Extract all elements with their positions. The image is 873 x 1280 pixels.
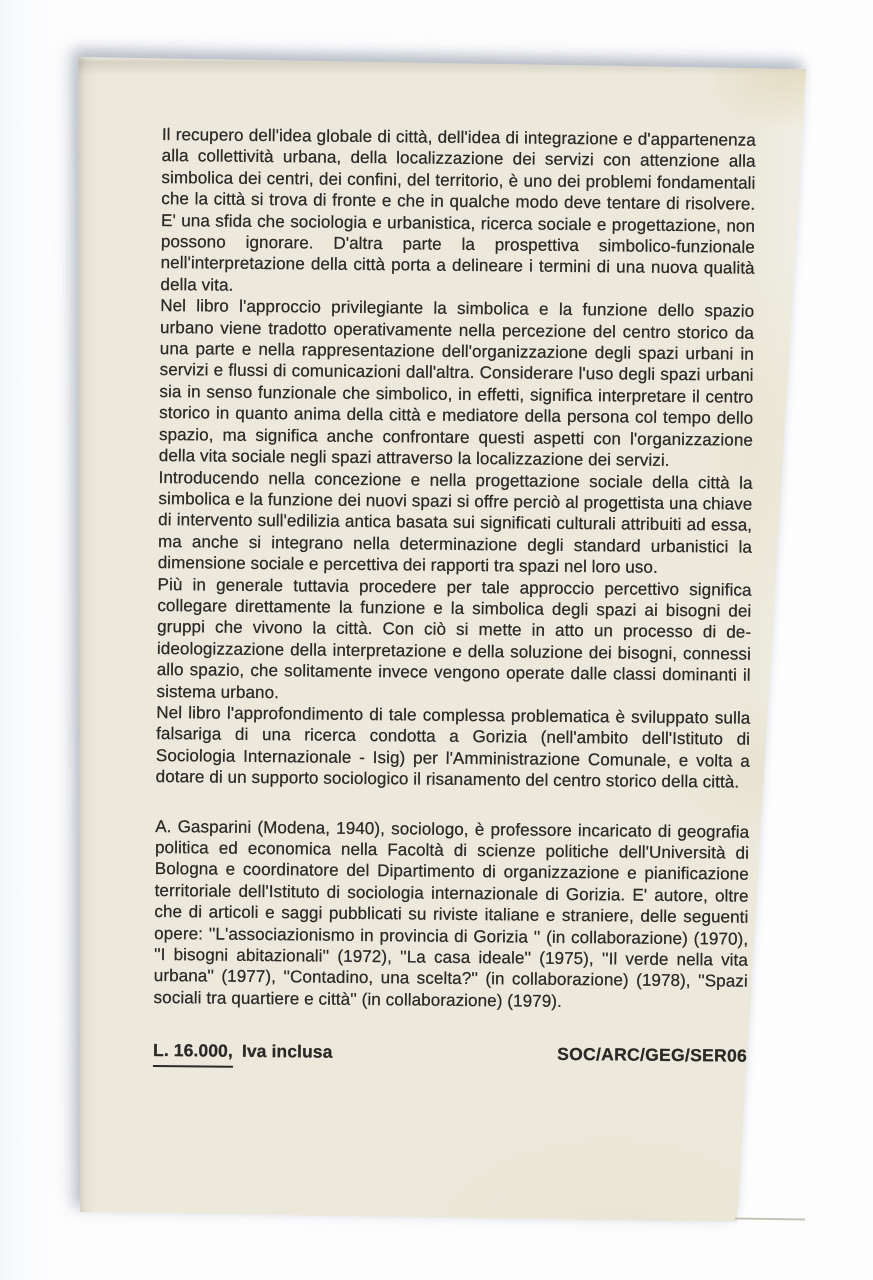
price-amount: L. 16.000, xyxy=(153,1040,233,1067)
price: L. 16.000,Iva inclusa xyxy=(153,1040,333,1068)
author-bio: A. Gasparini (Modena, 1940), sociologo, … xyxy=(154,816,750,1014)
back-cover-text: Il recupero dell'idea globale di città, … xyxy=(153,124,756,1072)
blurb-paragraph-2: Nel libro l'approccio privilegiante la s… xyxy=(159,295,755,472)
blurb: Il recupero dell'idea globale di città, … xyxy=(156,124,756,793)
catalog-code: SOC/ARC/GEG/SER06 xyxy=(557,1044,747,1067)
price-row: L. 16.000,Iva inclusa SOC/ARC/GEG/SER06 xyxy=(153,1040,747,1072)
price-note: Iva inclusa xyxy=(242,1041,333,1062)
book-shadow: Il recupero dell'idea globale di città, … xyxy=(0,0,873,1280)
book-photo: Il recupero dell'idea globale di città, … xyxy=(0,0,873,1280)
blurb-paragraph-1: Il recupero dell'idea globale di città, … xyxy=(160,124,756,301)
blurb-paragraph-3: Introducendo nella concezione e nella pr… xyxy=(158,466,753,579)
book-back-cover: Il recupero dell'idea globale di città, … xyxy=(0,0,873,1280)
blurb-paragraph-4: Più in generale tuttavia procedere per t… xyxy=(156,574,751,708)
blurb-paragraph-5: Nel libro l'approfondimento di tale comp… xyxy=(156,702,751,793)
